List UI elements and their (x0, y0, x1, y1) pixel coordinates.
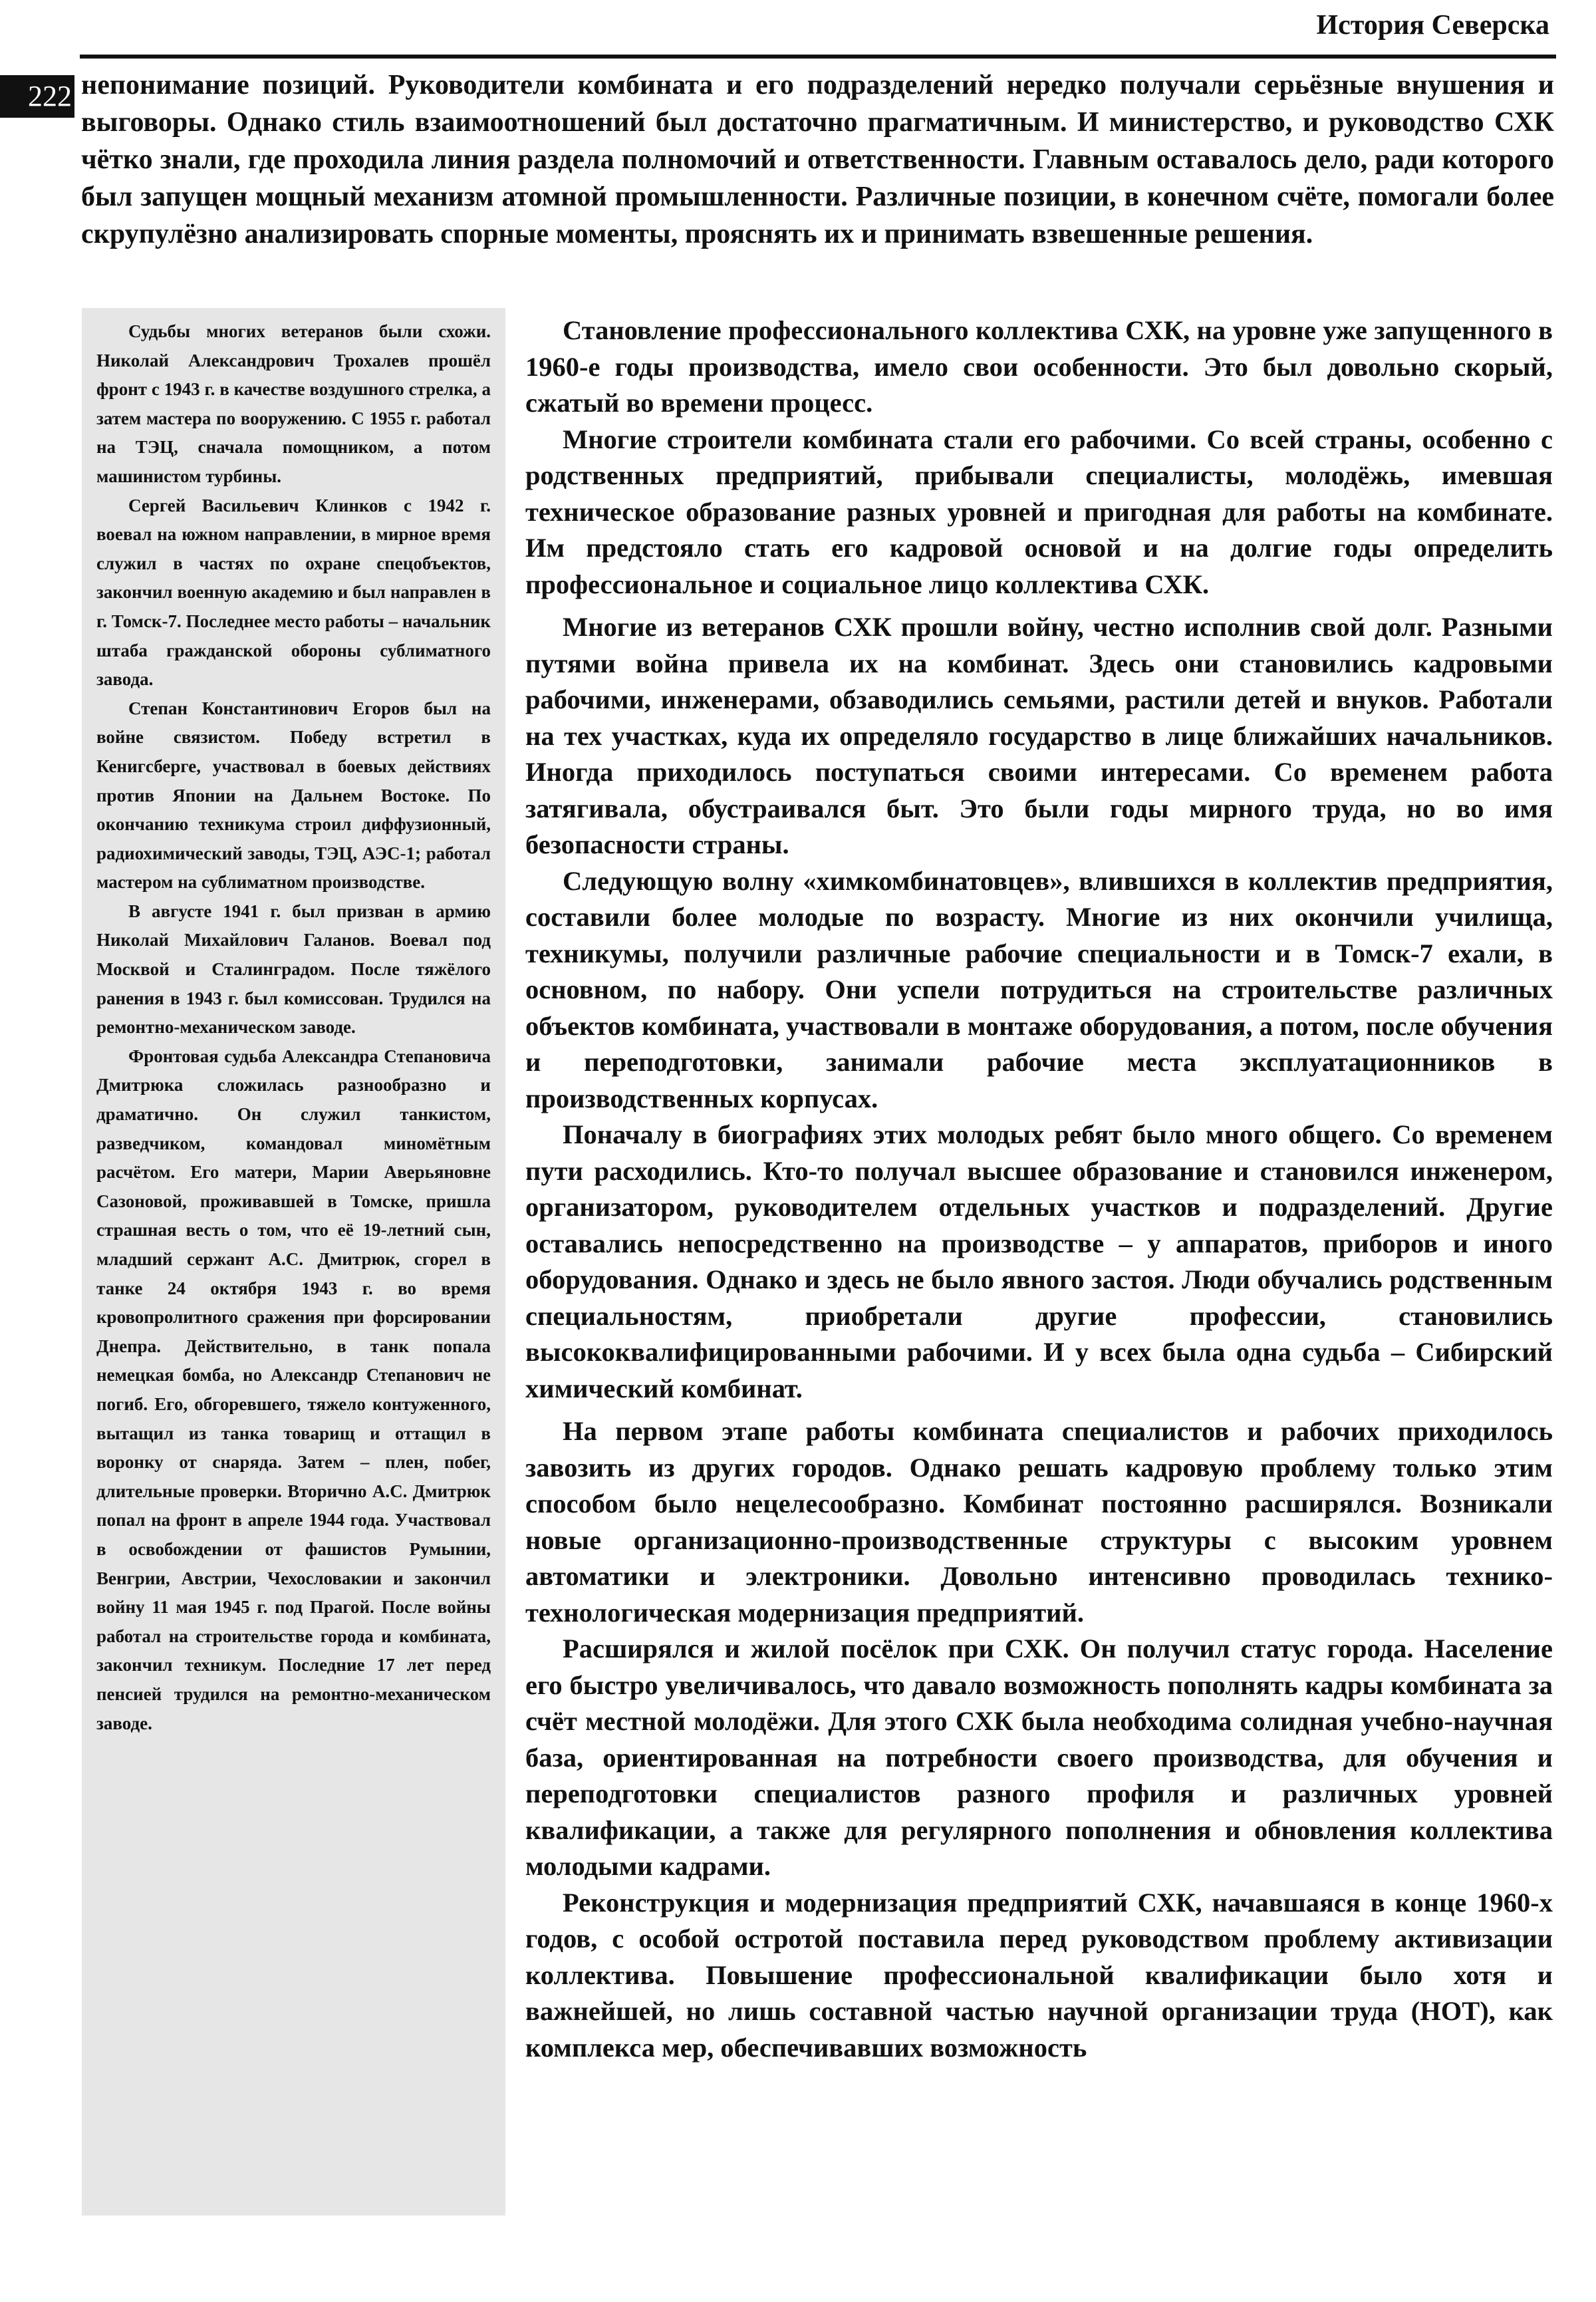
main-column: Становление профессионального коллектива… (525, 313, 1553, 2066)
body-paragraph: Становление профессионального коллектива… (525, 313, 1553, 422)
body-paragraph: Многие из ветеранов СХК прошли войну, че… (525, 609, 1553, 863)
veterans-sidebar: Судьбы многих ветеранов были схожи. Нико… (82, 308, 505, 2216)
sidebar-paragraph: Судьбы многих ветеранов были схожи. Нико… (96, 317, 491, 492)
body-paragraph: На первом этапе работы комбината специал… (525, 1413, 1553, 1631)
body-paragraph: Многие строители комбината стали его раб… (525, 422, 1553, 603)
body-paragraph: Следующую волну «химкомбинатовцев», влив… (525, 863, 1553, 1117)
running-title: История Северска (1316, 9, 1549, 41)
body-paragraph: Поначалу в биографиях этих молодых ребят… (525, 1117, 1553, 1407)
body-paragraph: Реконструкция и модернизация предприятий… (525, 1885, 1553, 2067)
body-paragraph: Расширялся и жилой посёлок при СХК. Он п… (525, 1631, 1553, 1885)
sidebar-paragraph: В августе 1941 г. был призван в армию Ни… (96, 897, 491, 1042)
sidebar-paragraph: Фронтовая судьба Александра Степановича … (96, 1042, 491, 1738)
sidebar-paragraph: Степан Константинович Егоров был на войн… (96, 694, 491, 897)
header-rule (80, 55, 1556, 59)
intro-paragraph: непонимание позиций. Руководители комбин… (81, 67, 1554, 253)
sidebar-paragraph: Сергей Васильевич Клинков с 1942 г. воев… (96, 492, 491, 694)
page-number: 222 (0, 75, 74, 118)
